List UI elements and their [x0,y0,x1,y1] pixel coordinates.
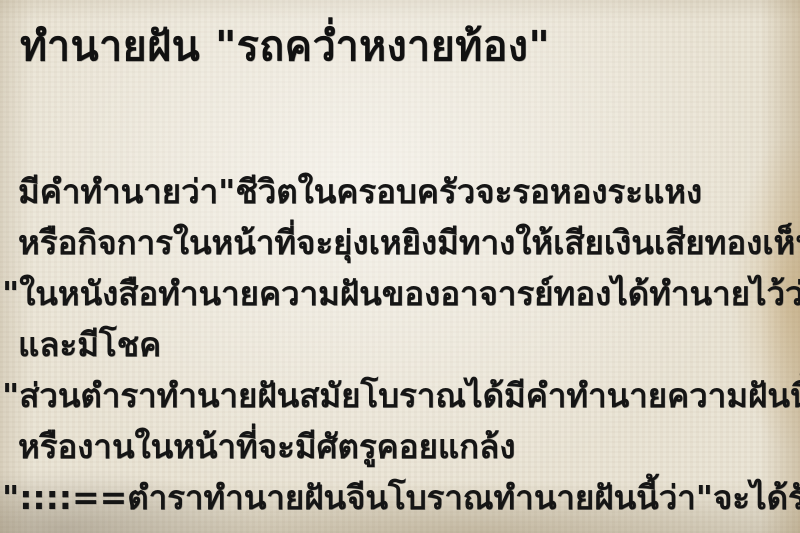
text-line: "ส่วนตำราทำนายฝันสมัยโบราณได้มีคำทำนายคว… [2,370,800,421]
text-line: มีคำทำนายว่า"ชีวิตในครอบครัวจะรอหองระแหง [18,166,800,217]
text-line: หรือกิจการในหน้าที่จะยุ่งเหยิงมีทางให้เส… [18,217,800,268]
text-line: "ในหนังสือทำนายความฝันของอาจารย์ทองได้ทำ… [2,268,800,319]
page-title: ทำนายฝัน "รถคว่ำหงายท้อง" [20,14,550,79]
text-line: หรืองานในหน้าที่จะมีศัตรูคอยแกล้ง [18,421,800,472]
article-body: มีคำทำนายว่า"ชีวิตในครอบครัวจะรอหองระแหง… [18,166,800,523]
text-line: และมีโชค [18,319,800,370]
text-line: "::::==ตำราทำนายฝันจีนโบราณทำนายฝันนี้ว่… [2,472,800,523]
paper-background: ทำนายฝัน "รถคว่ำหงายท้อง" มีคำทำนายว่า"ช… [0,0,800,533]
